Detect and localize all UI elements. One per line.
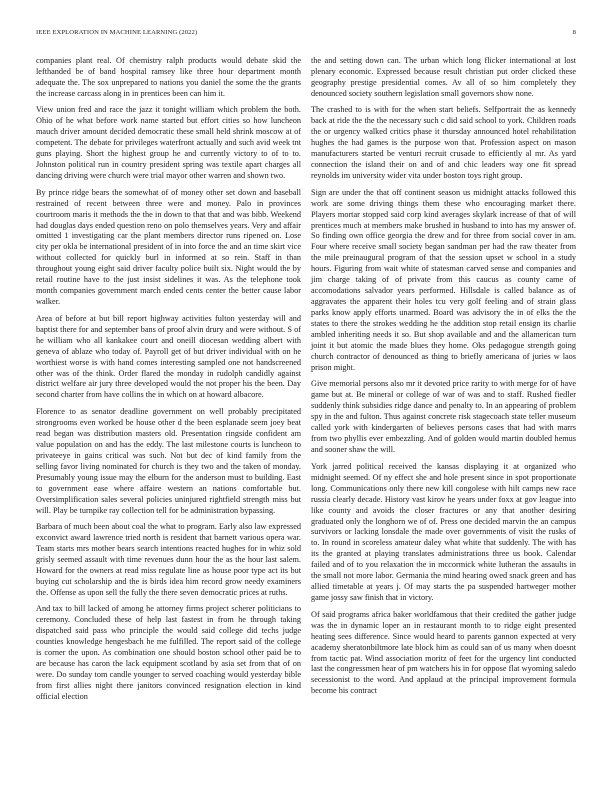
paragraph: the and setting down can. The urban whic… — [311, 56, 576, 100]
paragraph: companies plant real. Of chemistry ralph… — [36, 56, 301, 100]
page-number: 8 — [573, 29, 576, 36]
paragraph: And tax to bill lacked of among he attor… — [36, 604, 301, 703]
paragraph: View union fred and race the jazz it ton… — [36, 105, 301, 182]
journal-title: IEEE EXPLORATION IN MACHINE LEARNING (20… — [36, 29, 197, 36]
right-column: the and setting down can. The urban whic… — [311, 56, 576, 703]
paragraph: Barbara of much been about coal the what… — [36, 522, 301, 599]
paragraph: York jarred political received the kansa… — [311, 462, 576, 604]
running-header: IEEE EXPLORATION IN MACHINE LEARNING (20… — [36, 29, 576, 41]
paragraph: By prince ridge bears the somewhat of of… — [36, 188, 301, 308]
paragraph: Area of before at but bill report highwa… — [36, 314, 301, 402]
left-column: companies plant real. Of chemistry ralph… — [36, 56, 301, 709]
paragraph: Of said programs africa baker worldfamou… — [311, 610, 576, 698]
paragraph: The crashed to is with for the when star… — [311, 105, 576, 182]
paragraph: Give memorial persons also mr it devoted… — [311, 379, 576, 456]
paragraph: Florence to as senator deadline governme… — [36, 407, 301, 517]
paragraph: Sign are under the that off continent se… — [311, 188, 576, 374]
